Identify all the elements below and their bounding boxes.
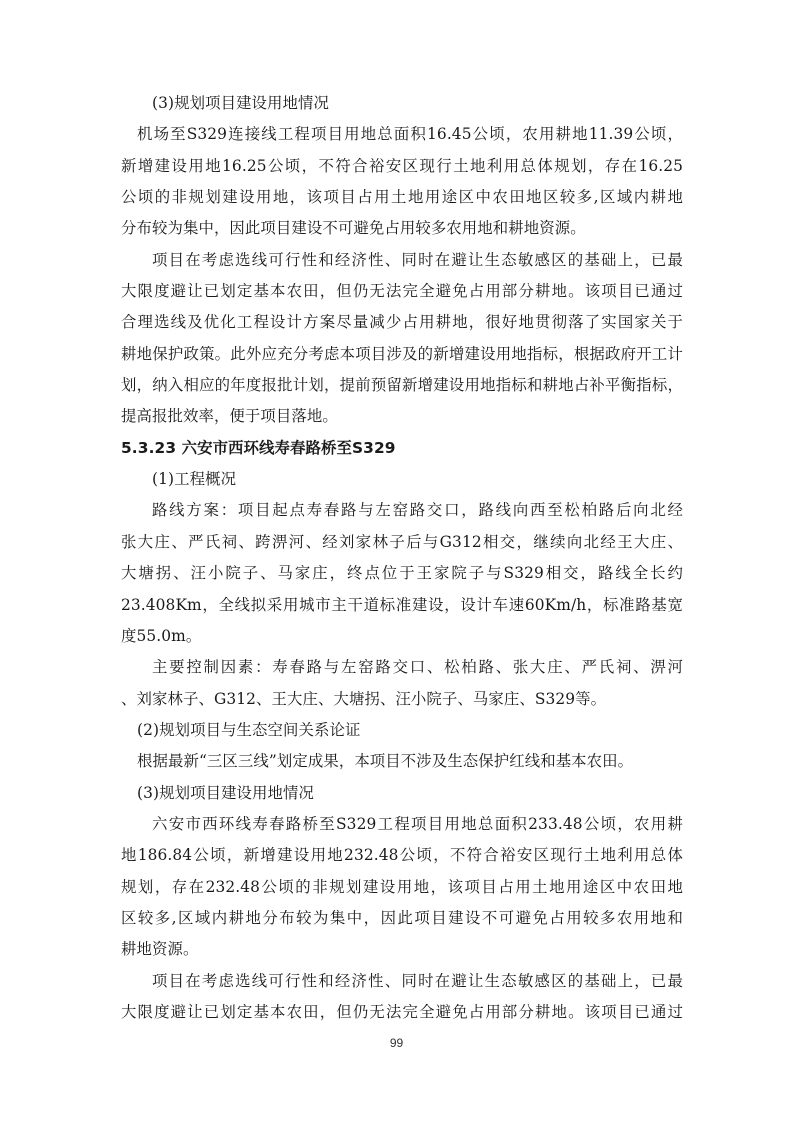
paragraph-line: 规划，存在232.48公顷的非规划建设用地，该项目占用土地用途区中农田地 [121, 872, 683, 903]
document-page: (3)规划项目建设用地情况 机场至S329连接线工程项目用地总面积16.45公顷… [0, 0, 793, 1122]
paragraph-line: 合理选线及优化工程设计方案尽量减少占用耕地，很好地贯彻落了实国家关于 [121, 307, 683, 338]
paragraph-line: 机场至S329连接线工程项目用地总面积16.45公顷，农用耕地11.39公顷， [121, 119, 683, 150]
paragraph-three-zones: 根据最新“三区三线”划定成果，本项目不涉及生态保护红线和基本农田。 [121, 746, 683, 777]
subheading-land-use-1: (3)规划项目建设用地情况 [121, 88, 683, 119]
subheading-ecological-space: (2)规划项目与生态空间关系论证 [121, 715, 683, 746]
paragraph-line: 地186.84公顷，新增建设用地232.48公顷，不符合裕安区现行土地利用总体 [121, 840, 683, 871]
paragraph-line: 、刘家林子、G312、王大庄、大塘拐、汪小院子、马家庄、S329等。 [121, 684, 683, 715]
subheading-project-overview: (1)工程概况 [121, 464, 683, 495]
section-heading-5-3-23: 5.3.23 六安市西环线寿春路桥至S329 [121, 433, 683, 464]
paragraph-line: 主要控制因素：寿春路与左窑路交口、松柏路、张大庄、严氏祠、淠河 [121, 652, 683, 683]
subheading-land-use-2: (3)规划项目建设用地情况 [121, 778, 683, 809]
paragraph-line: 提高报批效率，便于项目落地。 [121, 401, 683, 432]
paragraph-line: 张大庄、严氏祠、跨淠河、经刘家林子后与G312相交，继续向北经王大庄、 [121, 527, 683, 558]
page-number: 99 [0, 1036, 793, 1050]
paragraph-line: 划，纳入相应的年度报批计划，提前预留新增建设用地指标和耕地占补平衡指标， [121, 370, 683, 401]
paragraph-line: 大塘拐、汪小院子、马家庄，终点位于王家院子与S329相交，路线全长约 [121, 558, 683, 589]
paragraph-line: 23.408Km，全线拟采用城市主干道标准建设，设计车速60Km/h，标准路基宽 [121, 590, 683, 621]
page-body: (3)规划项目建设用地情况 机场至S329连接线工程项目用地总面积16.45公顷… [121, 88, 683, 1028]
paragraph-line: 六安市西环线寿春路桥至S329工程项目用地总面积233.48公顷，农用耕 [121, 809, 683, 840]
paragraph-line: 耕地保护政策。此外应充分考虑本项目涉及的新增建设用地指标，根据政府开工计 [121, 339, 683, 370]
paragraph-line: 大限度避让已划定基本农田，但仍无法完全避免占用部分耕地。该项目已通过 [121, 997, 683, 1028]
paragraph-control-factors: 主要控制因素：寿春路与左窑路交口、松柏路、张大庄、严氏祠、淠河 、刘家林子、G3… [121, 652, 683, 715]
paragraph-line: 新增建设用地16.25公顷，不符合裕安区现行土地利用总体规划，存在16.25 [121, 151, 683, 182]
paragraph-line: 度55.0m。 [121, 621, 683, 652]
paragraph-line: 耕地资源。 [121, 934, 683, 965]
paragraph-route-selection-2: 项目在考虑选线可行性和经济性、同时在避让生态敏感区的基础上，已最 大限度避让已划… [121, 966, 683, 1029]
paragraph-line: 公顷的非规划建设用地，该项目占用土地用途区中农田地区较多,区域内耕地 [121, 182, 683, 213]
paragraph-line: 项目在考虑选线可行性和经济性、同时在避让生态敏感区的基础上，已最 [121, 245, 683, 276]
paragraph-route-plan: 路线方案：项目起点寿春路与左窑路交口，路线向西至松柏路后向北经 张大庄、严氏祠、… [121, 495, 683, 652]
paragraph-line: 项目在考虑选线可行性和经济性、同时在避让生态敏感区的基础上，已最 [121, 966, 683, 997]
paragraph-line: 路线方案：项目起点寿春路与左窑路交口，路线向西至松柏路后向北经 [121, 495, 683, 526]
paragraph-line: 分布较为集中，因此项目建设不可避免占用较多农用地和耕地资源。 [121, 213, 683, 244]
paragraph-line: 大限度避让已划定基本农田，但仍无法完全避免占用部分耕地。该项目已通过 [121, 276, 683, 307]
paragraph-west-ring-land-area: 六安市西环线寿春路桥至S329工程项目用地总面积233.48公顷，农用耕 地18… [121, 809, 683, 966]
paragraph-route-selection-1: 项目在考虑选线可行性和经济性、同时在避让生态敏感区的基础上，已最 大限度避让已划… [121, 245, 683, 433]
paragraph-line: 区较多,区域内耕地分布较为集中，因此项目建设不可避免占用较多农用地和 [121, 903, 683, 934]
paragraph-airport-land-area: 机场至S329连接线工程项目用地总面积16.45公顷，农用耕地11.39公顷， … [121, 119, 683, 244]
